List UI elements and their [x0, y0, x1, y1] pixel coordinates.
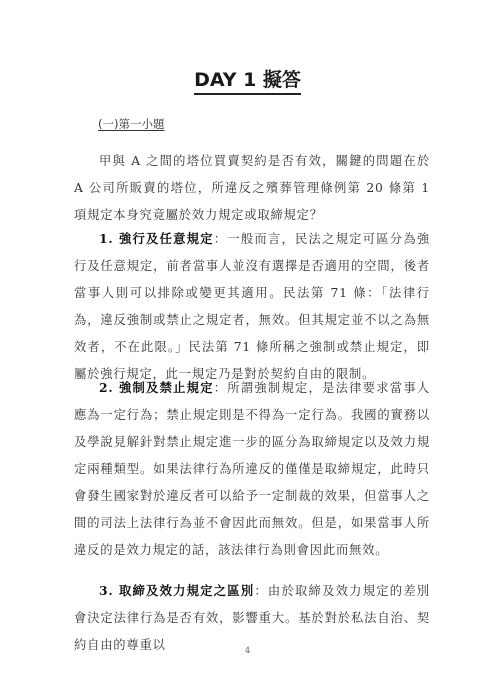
paragraph-text: ：一般而言，民法之規定可區分為強行及任意規定，前者當事人並沒有選擇是否適用的空間… [74, 232, 430, 381]
page-title-text: DAY 1 擬答 [194, 68, 301, 95]
paragraph-mandatory-optional: 1. 強行及任意規定：一般而言，民法之規定可區分為強行及任意規定，前者當事人並沒… [74, 225, 430, 388]
paragraph-intro: 甲與 A 之間的塔位買賣契約是否有效，關鍵的問題在於 A 公司所販賣的塔位，所違… [74, 148, 430, 229]
paragraph-lead: 2. 強制及禁止規定 [99, 380, 214, 395]
paragraph-text: 甲與 A 之間的塔位買賣契約是否有效，關鍵的問題在於 A 公司所販賣的塔位，所違… [74, 154, 430, 222]
paragraph-text: ：所謂強制規定，是法律要求當事人應為一定行為；禁止規定則是不得為一定行為。我國的… [74, 381, 430, 557]
paragraph-lead: 3. 取締及效力規定之區別 [99, 583, 254, 598]
paragraph-compulsory-prohibitive: 2. 強制及禁止規定：所謂強制規定，是法律要求當事人應為一定行為；禁止規定則是不… [74, 374, 430, 564]
page-title: DAY 1 擬答 [0, 68, 495, 95]
paragraph-lead: 1. 強行及任意規定 [99, 231, 214, 246]
subheading: (一)第一小題 [98, 116, 164, 132]
page-number: 4 [0, 646, 495, 655]
document-page: DAY 1 擬答 (一)第一小題 甲與 A 之間的塔位買賣契約是否有效，關鍵的問… [0, 0, 495, 700]
